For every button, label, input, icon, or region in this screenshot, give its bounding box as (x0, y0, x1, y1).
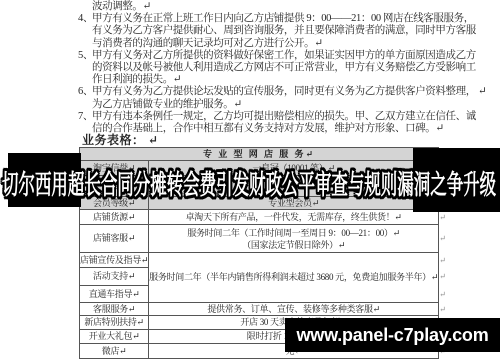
row-label-cell: 客服服务↵ (80, 303, 149, 316)
list-number: 4、 (78, 13, 93, 25)
section-heading: 业务表格： ↵ (82, 131, 159, 148)
list-number: 6、 (78, 86, 93, 98)
row-label-cell: 店铺宣传及指导↵ (80, 253, 149, 268)
table-row: 店铺客服↵ 服务时间二年（工作时间周一至周日 9：00—21：00）↵ （国家法… (80, 225, 455, 253)
list-number: 5、 (78, 50, 93, 62)
contract-line: 为乙方店铺做专业的维护服务。↵ (0, 99, 500, 111)
value-line-2: （国家法定节假日除外）↵ (149, 239, 438, 251)
row-value-cell: 卓淘天下所有产品，一件代发，无需库存，终生供货！↵ (149, 210, 439, 225)
line-text: 与消费者的沟通的聊天记录均可对乙方进行公开。↵ (92, 38, 323, 50)
row-label-cell: 店铺货源↵ (80, 210, 149, 225)
paragraph-mark: ↵ (439, 225, 455, 253)
row-label-cell: 活动支持↵ (80, 268, 149, 286)
line-text: 波动调整。↵ (92, 1, 151, 13)
line-text: 甲方有义务对乙方所提供的资料做好保密工作，如果证实因甲方的单方面原因造成乙方 (92, 50, 476, 62)
contract-line: 有义务为乙方客户提供耐心、周到咨询服务，并且要保障消费者的满意，同时甲方客服 (0, 25, 500, 37)
row-label-cell: 开业大礼包↵ (80, 330, 149, 344)
row-label-cell: 店铺客服↵ (80, 225, 149, 253)
line-text: 的资料以及帐号被他人利用造成乙方网店不可正常营业，甲方有义务赔偿乙方受影响工 (92, 62, 476, 74)
table-header-cell: 专 业 型 网 店 服 务↵ (80, 148, 439, 161)
headline-banner: 切尔西用超长合同分摊转会费引发财政公平审查与规则漏洞之争升级 (2, 170, 498, 202)
line-text: 甲方有违本条例任一规定，乙方均可提出赔偿相应的损失。甲、乙双方建立在信任、诚 (92, 111, 476, 123)
paragraph-mark: ↵ (439, 253, 455, 268)
contract-line: 的资料以及帐号被他人利用造成乙方网店不可正常营业，甲方有义务赔偿乙方受影响工 (0, 62, 500, 74)
row-label-cell: 新店特别扶持↵ (80, 316, 149, 330)
row-value-cell: 服务时间二年（工作时间周一至周日 9：00—21：00）↵ （国家法定节假日除外… (149, 225, 439, 253)
contract-line: 5、甲方有义务对乙方所提供的资料做好保密工作，如果证实因甲方的单方面原因造成乙方 (0, 50, 500, 62)
row-value-cell-merged: 服务时间二年（半年内销售所得利润未超过 3680 元，免费追加服务半年）↵ (149, 253, 439, 303)
paragraph-mark: ↵ (439, 303, 455, 316)
contract-line: 7、甲方有违本条例任一规定，乙方均可提出赔偿相应的损失。甲、乙双方建立在信任、诚 (0, 111, 500, 123)
contract-line: 6、甲方有义务为乙方提供论坛发贴的宣传服务，同时更有义务为乙方提供客户资料整理，… (0, 86, 500, 98)
contract-line: 波动调整。↵ (0, 1, 500, 13)
line-text: 有义务为乙方客户提供耐心、周到咨询服务，并且要保障消费者的满意，同时甲方客服 (92, 25, 476, 37)
line-text: 甲方有义务为乙方提供论坛发贴的宣传服务，同时更有义务为乙方提供客户资料整理， ↵ (92, 86, 486, 98)
contract-line: 信的合作基础上，合作中相互都有义务支持对方发展，维护对方形象、口碑。↵ (0, 123, 500, 135)
watermark-banner: www.panel-c7play.com (285, 318, 500, 352)
list-number: 7、 (78, 111, 93, 123)
row-value-cell: 提供常务、订单、宣传、装修等多种类客服↵ (149, 303, 439, 316)
value-line-1: 服务时间二年（工作时间周一至周日 9：00—21：00）↵ (149, 227, 438, 239)
contract-text-block: 波动调整。↵ 4、甲方有义务在正常上班工作日内向乙方店铺提供 9：00——21：… (0, 1, 500, 135)
table-header-row: 专 业 型 网 店 服 务↵ ↵ (80, 148, 455, 161)
contract-line: 与消费者的沟通的聊天记录均可对乙方进行公开。↵ (0, 38, 500, 50)
row-label-cell: 直通车指导↵ (80, 286, 149, 303)
table-row: 店铺宣传及指导↵ 服务时间二年（半年内销售所得利润未超过 3680 元，免费追加… (80, 253, 455, 268)
headline-text: 切尔西用超长合同分摊转会费引发财政公平审查与规则漏洞之争升级 (2, 170, 496, 200)
paragraph-mark: ↵ (439, 286, 455, 303)
line-text: 甲方有义务在正常上班工作日内向乙方店铺提供 9：00——21：00 网店在线客服… (92, 13, 474, 25)
page: 波动调整。↵ 4、甲方有义务在正常上班工作日内向乙方店铺提供 9：00——21：… (0, 0, 500, 362)
table-row: 客服服务↵ 提供常务、订单、宣传、装修等多种类客服↵ ↵ (80, 303, 455, 316)
line-text: 作日利润的损失。↵ (92, 74, 181, 86)
contract-line: 作日利润的损失。↵ (0, 74, 500, 86)
line-text: 为乙方店铺做专业的维护服务。↵ (92, 99, 242, 111)
paragraph-mark: ↵ (439, 268, 455, 286)
watermark-url: www.panel-c7play.com (296, 325, 488, 346)
row-label-cell: 微店↵ (80, 344, 149, 359)
table-row: 店铺货源↵ 卓淘天下所有产品，一件代发，无需库存，终生供货！↵ ↵ (80, 210, 455, 225)
contract-line: 4、甲方有义务在正常上班工作日内向乙方店铺提供 9：00——21：00 网店在线… (0, 13, 500, 25)
